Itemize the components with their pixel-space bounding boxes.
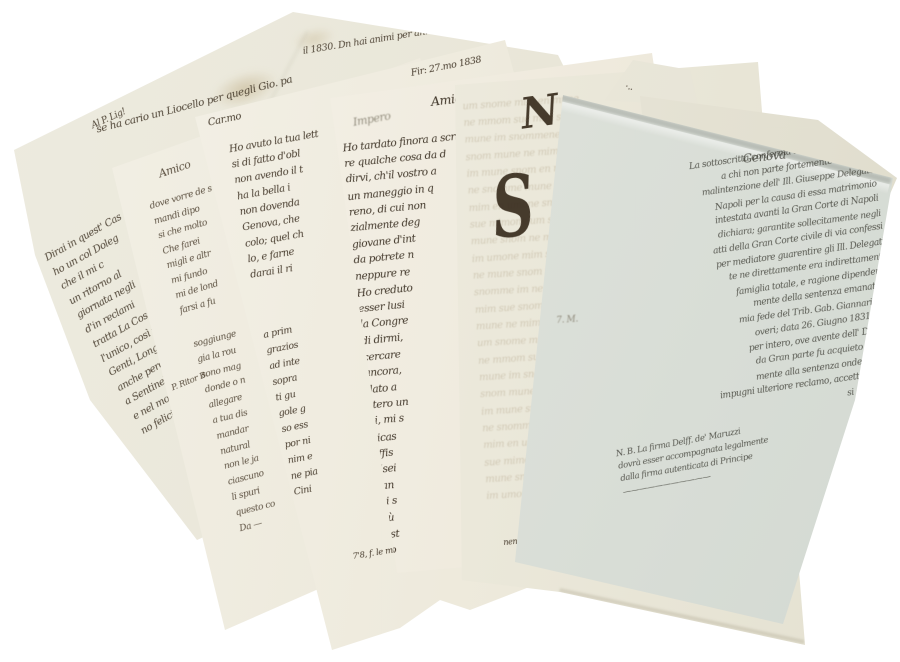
letter-3-salutation: Car.mo bbox=[207, 111, 242, 129]
letter-4-pencil-annotation: Impero bbox=[352, 109, 391, 128]
salutation-amico: Amico bbox=[157, 158, 192, 180]
photograph-of-manuscript-letters: Group of six antique handwritten manuscr… bbox=[0, 0, 900, 662]
salutation-carissimo: Car.mo bbox=[207, 111, 242, 129]
letter-7-handwriting-block: La sottoscritta conferma d'aver in Decen… bbox=[600, 134, 900, 430]
letter-5-flourished-initial-n: N bbox=[518, 89, 561, 136]
letter-2-salutation: Amico bbox=[157, 158, 192, 180]
letter-7-pencil-annotation: 7. M. bbox=[556, 314, 578, 325]
pencil-note-7m: 7. M. bbox=[556, 314, 578, 325]
pencil-word-impero: Impero bbox=[352, 109, 391, 128]
ink-specks: ·.. bbox=[625, 82, 634, 93]
letter-3-bottom-note: 7'8, f. le mi bbox=[352, 545, 396, 562]
letter-5-bottom-fragment: nen bbox=[503, 537, 518, 547]
letter-3-handwriting-block: Ho avuto la tua lettsi di fatto d'oblnon… bbox=[228, 127, 341, 284]
letter-5-flourished-initial-s: S bbox=[488, 162, 538, 253]
letter-7-nb-note: N. B. La firma Delff. de' Maruzzidovrà e… bbox=[615, 422, 774, 500]
